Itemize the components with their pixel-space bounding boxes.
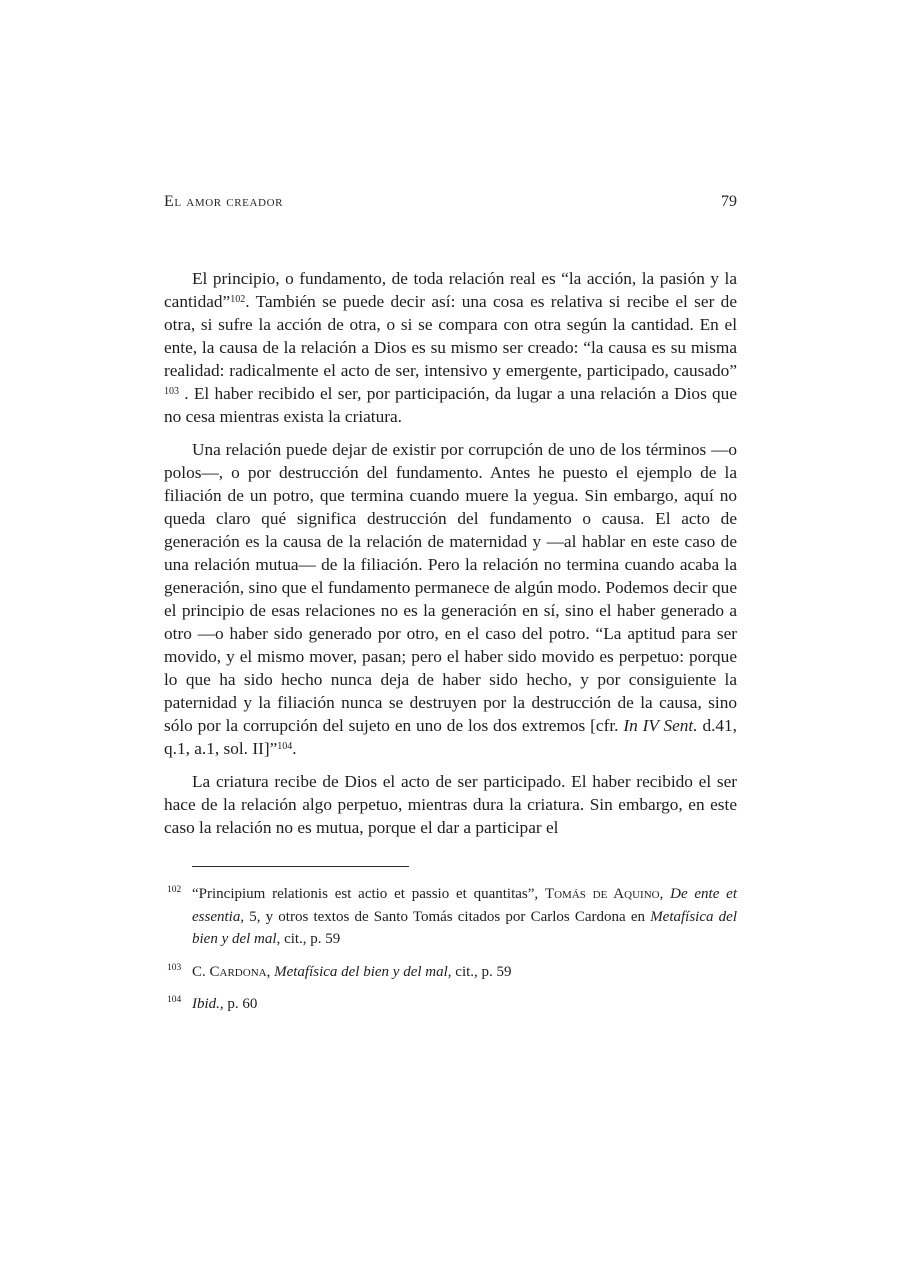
page-header: El amor creador 79	[164, 193, 737, 211]
text-run: La criatura recibe de Dios el acto de se…	[164, 772, 737, 837]
text-run: . El haber recibido el ser, por particip…	[164, 384, 737, 426]
text-run: ,	[267, 964, 275, 980]
text-run: . También se puede decir así: una cosa e…	[164, 292, 737, 380]
footnote: 102 “Principium relationis est actio et …	[164, 883, 737, 951]
footnote: 103 C. Cardona, Metafísica del bien y de…	[164, 961, 737, 984]
text-run: “Principium relationis est actio et pass…	[192, 886, 545, 902]
text-run: , cit., p. 59	[277, 931, 341, 947]
paragraph: La criatura recibe de Dios el acto de se…	[164, 770, 737, 839]
text-run: Tomás de Aquino	[545, 886, 660, 902]
text-run: .	[292, 739, 296, 758]
page-number: 79	[721, 193, 737, 211]
paragraph: El principio, o fundamento, de toda rela…	[164, 267, 737, 428]
text-run: , p. 60	[220, 996, 258, 1012]
footnote-text: Ibid., p. 60	[192, 996, 257, 1012]
text-run: 103	[164, 386, 179, 397]
footnote-marker: 103	[167, 957, 181, 980]
footnote-text: “Principium relationis est actio et pass…	[192, 886, 737, 947]
text-run: , 5, y otros textos de Santo Tomás citad…	[240, 909, 650, 925]
footnote-marker: 104	[167, 989, 181, 1012]
text-run: ,	[660, 886, 671, 902]
text-run: 102	[230, 294, 245, 305]
text-run: C.	[192, 964, 210, 980]
book-page: El amor creador 79 El principio, o funda…	[164, 193, 737, 1016]
footnote: 104 Ibid., p. 60	[164, 993, 737, 1016]
text-run: Cardona	[210, 964, 267, 980]
text-run: In IV Sent.	[623, 716, 697, 735]
running-head-title: El amor creador	[164, 193, 283, 211]
paragraph: Una relación puede dejar de existir por …	[164, 438, 737, 760]
body-text: El principio, o fundamento, de toda rela…	[164, 267, 737, 839]
text-run: Una relación puede dejar de existir por …	[164, 440, 737, 735]
text-run: 104	[277, 741, 292, 752]
text-run: Metafísica del bien y del mal	[274, 964, 448, 980]
text-run: Ibid.	[192, 996, 220, 1012]
text-run: , cit., p. 59	[448, 964, 512, 980]
footnote-separator	[192, 866, 409, 867]
footnotes: 102 “Principium relationis est actio et …	[164, 883, 737, 1016]
footnote-text: C. Cardona, Metafísica del bien y del ma…	[192, 964, 512, 980]
footnote-marker: 102	[167, 879, 181, 902]
